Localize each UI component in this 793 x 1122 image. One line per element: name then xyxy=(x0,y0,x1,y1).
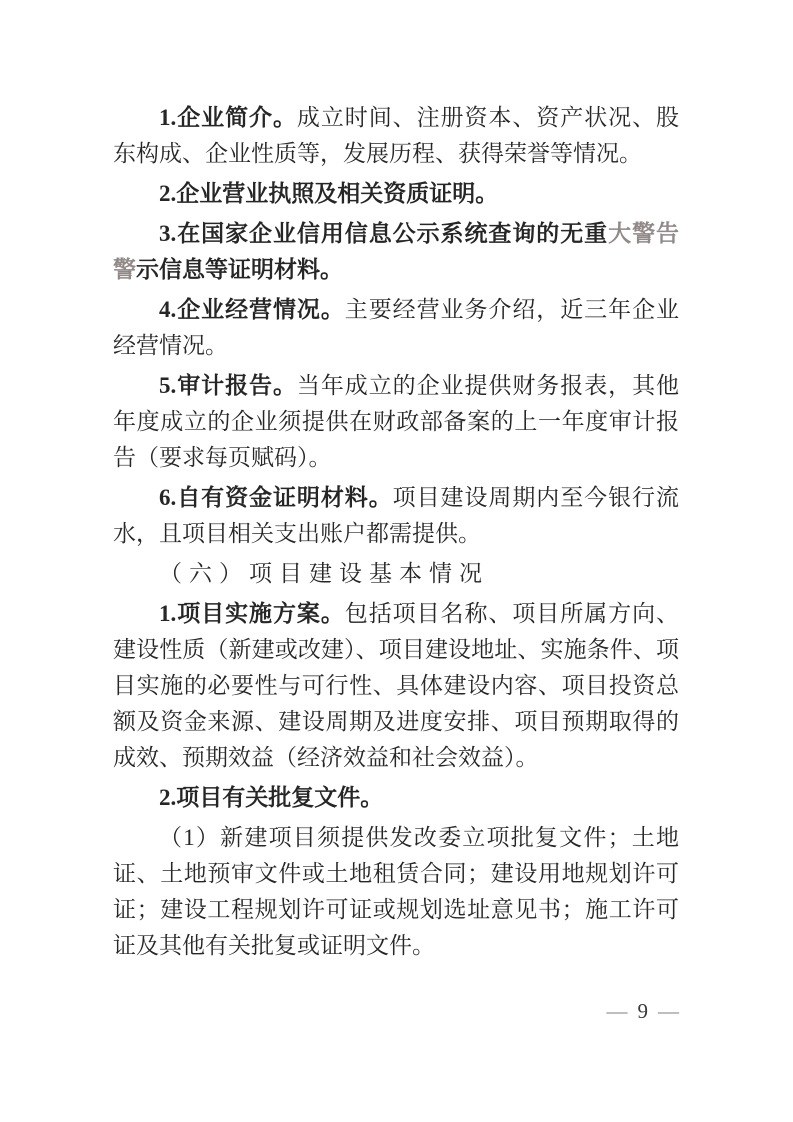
document-page: 1.企业简介。成立时间、注册资本、资产状况、股东构成、企业性质等，发展历程、获得… xyxy=(0,0,793,1122)
paragraph-lead: 1.项目实施方案。 xyxy=(159,601,345,626)
page-number-value: 9 xyxy=(638,999,649,1023)
paragraph-lead: 2.企业营业执照及相关资质证明。 xyxy=(159,181,498,206)
paragraph-lead: 3.在国家企业信用信息公示系统查询的无重 xyxy=(159,221,608,246)
paragraph-implementation-plan: 1.项目实施方案。包括项目名称、项目所属方向、建设性质（新建或改建）、项目建设地… xyxy=(113,596,679,776)
paragraph-approval-documents: 2.项目有关批复文件。 xyxy=(113,780,679,816)
paragraph-business-operation: 4.企业经营情况。主要经营业务介绍，近三年企业经营情况。 xyxy=(113,292,679,364)
paragraph-lead: 4.企业经营情况。 xyxy=(159,297,345,322)
page-number: —9— xyxy=(113,998,679,1024)
paragraph-business-license: 2.企业营业执照及相关资质证明。 xyxy=(113,176,679,212)
paragraph-audit-report: 5.审计报告。当年成立的企业提供财务报表，其他年度成立的企业须提供在财政部备案的… xyxy=(113,368,679,476)
document-body: 1.企业简介。成立时间、注册资本、资产状况、股东构成、企业性质等，发展历程、获得… xyxy=(113,100,679,964)
paragraph-new-project-documents: （1）新建项目须提供发改委立项批复文件；土地证、土地预审文件或土地租赁合同；建设… xyxy=(113,820,679,964)
page-number-left-dash: — xyxy=(607,999,628,1023)
paragraph-company-profile: 1.企业简介。成立时间、注册资本、资产状况、股东构成、企业性质等，发展历程、获得… xyxy=(113,100,679,172)
page-number-right-dash: — xyxy=(658,999,679,1023)
paragraph-tail: 示信息等证明材料。 xyxy=(136,257,343,282)
paragraph-lead: 2.项目有关批复文件。 xyxy=(159,785,383,810)
paragraph-lead: 6.自有资金证明材料。 xyxy=(159,485,393,510)
section-heading-project-construction: （六）项目建设基本情况 xyxy=(113,556,679,592)
paragraph-text: （1）新建项目须提供发改委立项批复文件；土地证、土地预审文件或土地租赁合同；建设… xyxy=(113,825,679,958)
paragraph-lead: 1.企业简介。 xyxy=(159,105,297,130)
paragraph-own-funds-proof: 6.自有资金证明材料。项目建设周期内至今银行流水，且项目相关支出账户都需提供。 xyxy=(113,480,679,552)
paragraph-credit-record: 3.在国家企业信用信息公示系统查询的无重大警告警示信息等证明材料。 xyxy=(113,216,679,288)
paragraph-lead: 5.审计报告。 xyxy=(159,373,297,398)
paragraph-text: 包括项目名称、项目所属方向、建设性质（新建或改建）、项目建设地址、实施条件、项目… xyxy=(113,601,679,770)
